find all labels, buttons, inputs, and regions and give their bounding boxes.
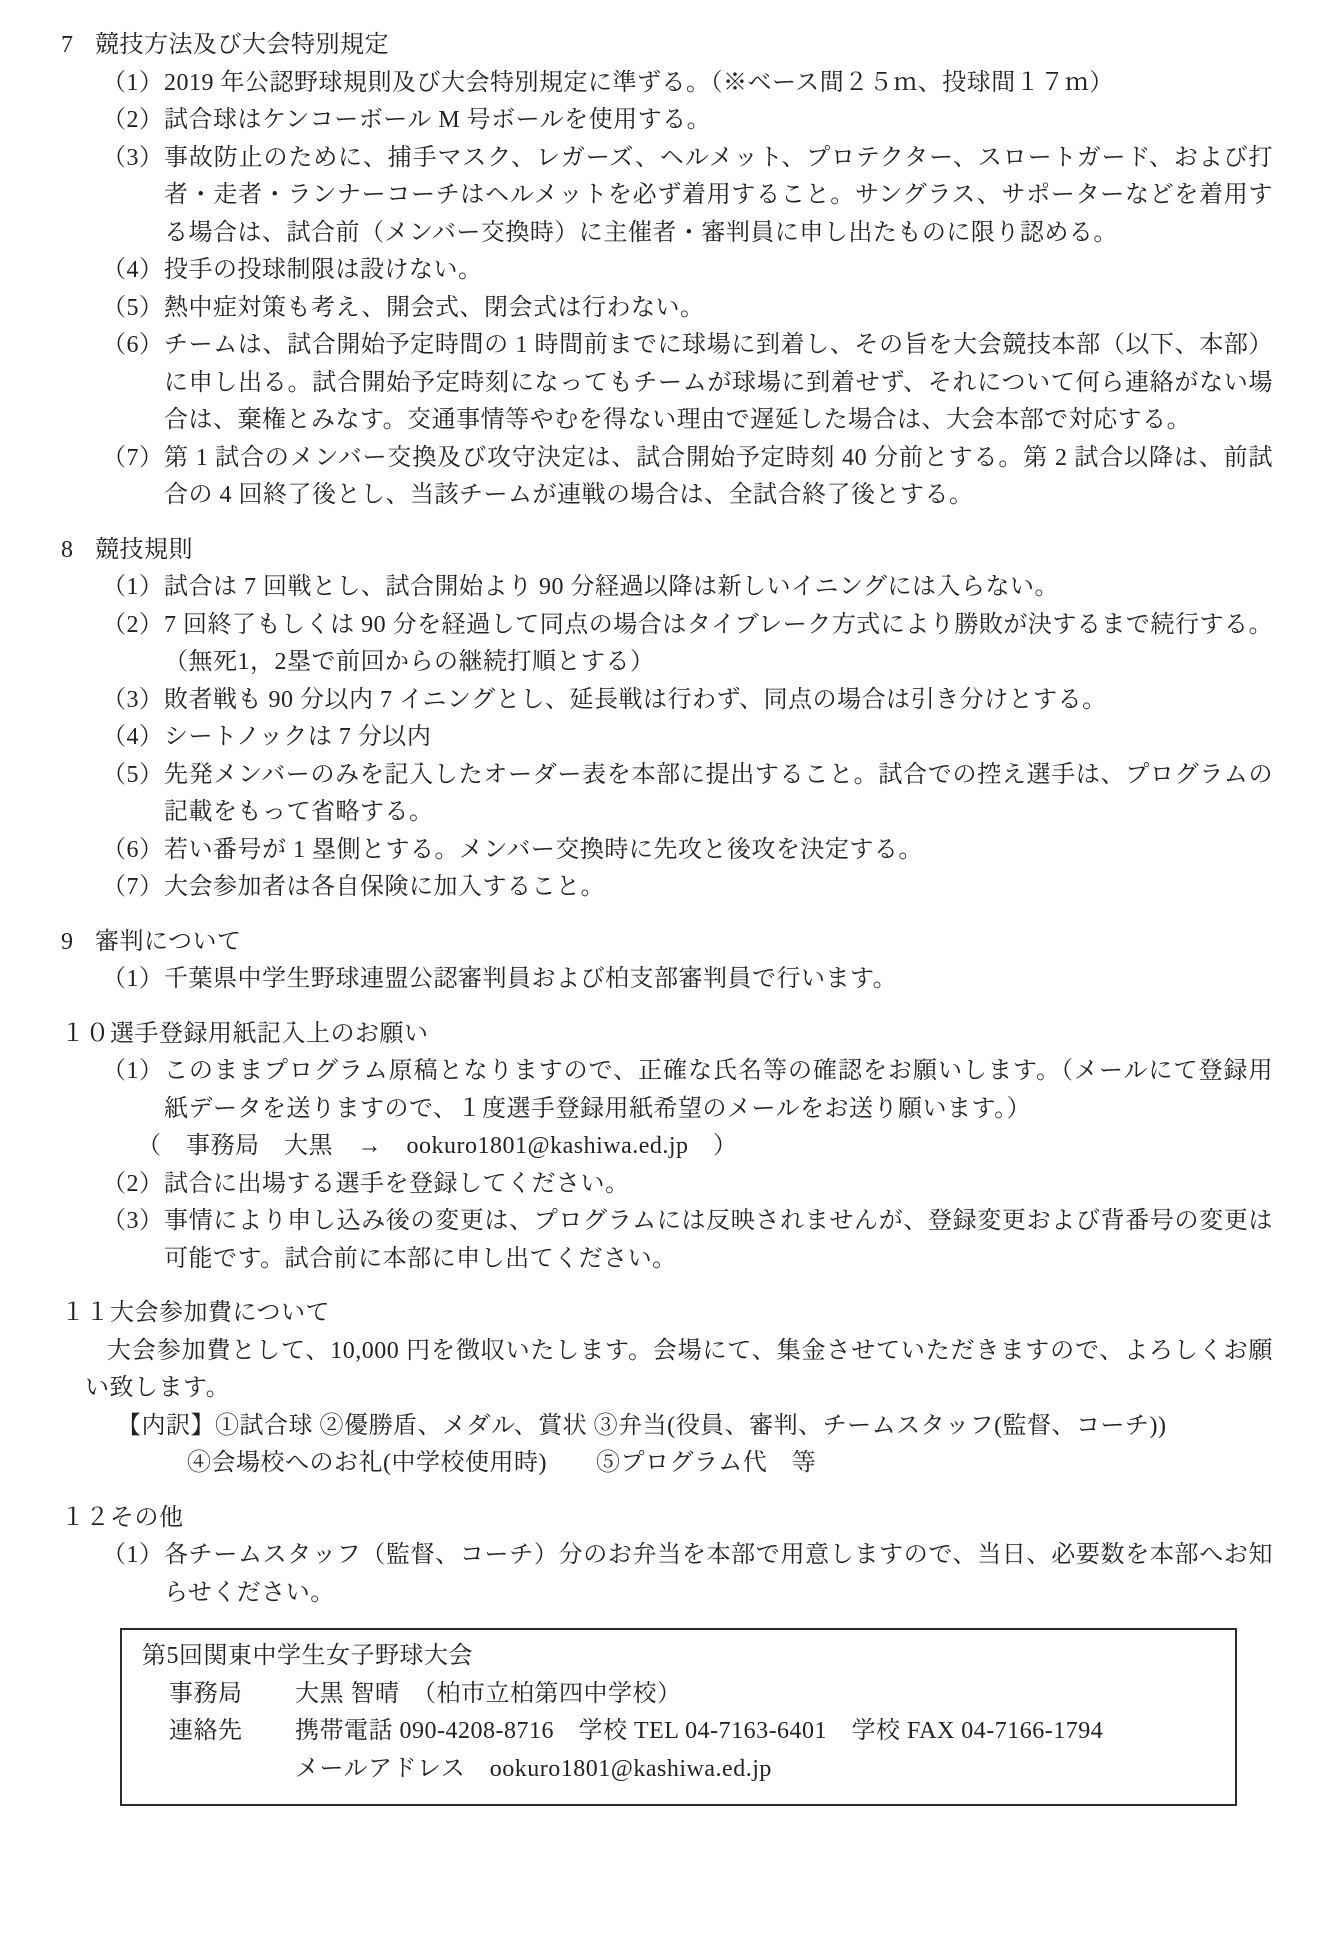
- item-marker: （7）: [102, 440, 164, 478]
- item-text: 事故防止のために、捕手マスク、レガーズ、ヘルメット、プロテクター、スロートガード…: [164, 140, 1273, 253]
- item-marker: （3）: [102, 140, 164, 178]
- sections-container: 7競技方法及び大会特別規定（1）2019 年公認野球規則及び大会特別規定に準ずる…: [58, 27, 1273, 1612]
- item-text: 7 回終了もしくは 90 分を経過して同点の場合はタイブレーク方式により勝敗が決…: [164, 607, 1273, 682]
- item-text: 先発メンバーのみを記入したオーダー表を本部に提出すること。試合での控え選手は、プ…: [164, 757, 1273, 832]
- item-marker: （1）: [102, 1053, 164, 1091]
- footer-row-value: メールアドレス ookuro1801@kashiwa.ed.jp: [295, 1751, 1213, 1789]
- footer-box: 第5回関東中学生女子野球大会 事務局大黒 智晴 （柏市立柏第四中学校）連絡先携帯…: [120, 1628, 1237, 1806]
- list-item: （4）シートノックは 7 分以内: [58, 719, 1273, 757]
- item-marker: （5）: [102, 290, 164, 328]
- item-marker: （1）: [102, 1537, 164, 1575]
- section-number: 8: [61, 532, 95, 570]
- item-text: 千葉県中学生野球連盟公認審判員および柏支部審判員で行います。: [164, 961, 1273, 999]
- list-item: （1）各チームスタッフ（監督、コーチ）分のお弁当を本部で用意しますので、当日、必…: [58, 1537, 1273, 1612]
- item-marker: （2）: [102, 607, 164, 645]
- item-marker: （5）: [102, 757, 164, 795]
- list-item: （5）熱中症対策も考え、開会式、閉会式は行わない。: [58, 290, 1273, 328]
- item-marker: （3）: [102, 682, 164, 720]
- item-marker: （1）: [102, 569, 164, 607]
- section-header: 9審判について: [58, 924, 1273, 962]
- list-item: （3）事情により申し込み後の変更は、プログラムには反映されませんが、登録変更およ…: [58, 1203, 1273, 1278]
- paragraph: 大会参加費として、10,000 円を徴収いたします。会場にて、集金させていただき…: [85, 1333, 1273, 1408]
- footer-box-title: 第5回関東中学生女子野球大会: [142, 1638, 1213, 1676]
- list-item: （1）このままプログラム原稿となりますので、正確な氏名等の確認をお願いします。（…: [58, 1053, 1273, 1128]
- list-item: （4）投手の投球制限は設けない。: [58, 252, 1273, 290]
- list-item: （2）7 回終了もしくは 90 分を経過して同点の場合はタイブレーク方式により勝…: [58, 607, 1273, 682]
- footer-row-label: 連絡先: [169, 1713, 295, 1751]
- section-title: 選手登録用紙記入上のお願い: [110, 1016, 1273, 1054]
- list-item: （1）試合は 7 回戦とし、試合開始より 90 分経過以降は新しいイニングには入…: [58, 569, 1273, 607]
- section-number: 7: [61, 27, 95, 65]
- section: 8競技規則（1）試合は 7 回戦とし、試合開始より 90 分経過以降は新しいイニ…: [58, 532, 1273, 907]
- list-item: （3）事故防止のために、捕手マスク、レガーズ、ヘルメット、プロテクター、スロート…: [58, 140, 1273, 253]
- footer-box-rows: 事務局大黒 智晴 （柏市立柏第四中学校）連絡先携帯電話 090-4208-871…: [142, 1676, 1213, 1789]
- item-marker: （6）: [102, 327, 164, 365]
- list-item: （7）大会参加者は各自保険に加入すること。: [58, 869, 1273, 907]
- list-item: （1）千葉県中学生野球連盟公認審判員および柏支部審判員で行います。: [58, 961, 1273, 999]
- item-marker: （3）: [102, 1203, 164, 1241]
- section-title: 審判について: [95, 924, 1273, 962]
- section: １２その他（1）各チームスタッフ（監督、コーチ）分のお弁当を本部で用意しますので…: [58, 1500, 1273, 1613]
- section: 9審判について（1）千葉県中学生野球連盟公認審判員および柏支部審判員で行います。: [58, 924, 1273, 999]
- item-text: 第 1 試合のメンバー交換及び攻守決定は、試合開始予定時刻 40 分前とする。第…: [164, 440, 1273, 515]
- footer-box-row: メールアドレス ookuro1801@kashiwa.ed.jp: [142, 1751, 1213, 1789]
- footer-box-row: 連絡先携帯電話 090-4208-8716 学校 TEL 04-7163-640…: [142, 1713, 1213, 1751]
- item-text: 事情により申し込み後の変更は、プログラムには反映されませんが、登録変更および背番…: [164, 1203, 1273, 1278]
- item-marker: （1）: [102, 961, 164, 999]
- item-text: 敗者戦も 90 分以内 7 イニングとし、延長戦は行わず、同点の場合は引き分けと…: [164, 682, 1273, 720]
- item-text: 試合は 7 回戦とし、試合開始より 90 分経過以降は新しいイニングには入らない…: [164, 569, 1273, 607]
- section-header: 7競技方法及び大会特別規定: [58, 27, 1273, 65]
- item-marker: （4）: [102, 252, 164, 290]
- list-item: （3）敗者戦も 90 分以内 7 イニングとし、延長戦は行わず、同点の場合は引き…: [58, 682, 1273, 720]
- item-marker: （4）: [102, 719, 164, 757]
- item-text: 熱中症対策も考え、開会式、閉会式は行わない。: [164, 290, 1273, 328]
- item-text: 試合に出場する選手を登録してください。: [164, 1166, 1273, 1204]
- footer-row-value: 大黒 智晴 （柏市立柏第四中学校）: [295, 1676, 1213, 1714]
- list-item: （6）若い番号が 1 塁側とする。メンバー交換時に先攻と後攻を決定する。: [58, 832, 1273, 870]
- section-number: 9: [61, 924, 95, 962]
- footer-row-value: 携帯電話 090-4208-8716 学校 TEL 04-7163-6401 学…: [295, 1713, 1213, 1751]
- footer-row-label: 事務局: [169, 1676, 295, 1714]
- section-header: １１大会参加費について: [58, 1295, 1273, 1333]
- footer-box-row: 事務局大黒 智晴 （柏市立柏第四中学校）: [142, 1676, 1213, 1714]
- list-item: （2）試合球はケンコーボール M 号ボールを使用する。: [58, 102, 1273, 140]
- list-item: （5）先発メンバーのみを記入したオーダー表を本部に提出すること。試合での控え選手…: [58, 757, 1273, 832]
- section: １１大会参加費について大会参加費として、10,000 円を徴収いたします。会場に…: [58, 1295, 1273, 1483]
- list-item: （1）2019 年公認野球規則及び大会特別規定に準ずる。（※ベース間２５ｍ、投球…: [58, 65, 1273, 103]
- list-item: （6）チームは、試合開始予定時間の 1 時間前までに球場に到着し、その旨を大会競…: [58, 327, 1273, 440]
- section-title: 競技方法及び大会特別規定: [95, 27, 1273, 65]
- section: １０選手登録用紙記入上のお願い（1）このままプログラム原稿となりますので、正確な…: [58, 1016, 1273, 1279]
- list-item: （7）第 1 試合のメンバー交換及び攻守決定は、試合開始予定時刻 40 分前とす…: [58, 440, 1273, 515]
- item-marker: （2）: [102, 102, 164, 140]
- section-header: １２その他: [58, 1500, 1273, 1538]
- item-text: 2019 年公認野球規則及び大会特別規定に準ずる。（※ベース間２５ｍ、投球間１７…: [164, 65, 1273, 103]
- paragraph: 【内訳】①試合球 ②優勝盾、メダル、賞状 ③弁当(役員、審判、チームスタッフ(監…: [117, 1408, 1273, 1446]
- item-text: 大会参加者は各自保険に加入すること。: [164, 869, 1273, 907]
- item-marker: （1）: [102, 65, 164, 103]
- item-marker: （7）: [102, 869, 164, 907]
- item-marker: （6）: [102, 832, 164, 870]
- paragraph: ④会場校へのお礼(中学校使用時) ⑤プログラム代 等: [187, 1445, 1273, 1483]
- section-number: １１: [61, 1295, 110, 1333]
- section-title: 大会参加費について: [110, 1295, 1273, 1333]
- section-title: その他: [110, 1500, 1273, 1538]
- item-text: チームは、試合開始予定時間の 1 時間前までに球場に到着し、その旨を大会競技本部…: [164, 327, 1273, 440]
- section-number: １０: [61, 1016, 110, 1054]
- section: 7競技方法及び大会特別規定（1）2019 年公認野球規則及び大会特別規定に準ずる…: [58, 27, 1273, 515]
- section-number: １２: [61, 1500, 110, 1538]
- item-text: このままプログラム原稿となりますので、正確な氏名等の確認をお願いします。（メール…: [164, 1053, 1273, 1128]
- section-header: １０選手登録用紙記入上のお願い: [58, 1016, 1273, 1054]
- item-text: シートノックは 7 分以内: [164, 719, 1273, 757]
- item-text: 投手の投球制限は設けない。: [164, 252, 1273, 290]
- document-page: 7競技方法及び大会特別規定（1）2019 年公認野球規則及び大会特別規定に準ずる…: [0, 0, 1319, 1936]
- list-item: （2）試合に出場する選手を登録してください。: [58, 1166, 1273, 1204]
- item-text: 若い番号が 1 塁側とする。メンバー交換時に先攻と後攻を決定する。: [164, 832, 1273, 870]
- item-marker: （2）: [102, 1166, 164, 1204]
- section-header: 8競技規則: [58, 532, 1273, 570]
- contact-line: （ 事務局 大黒 → ookuro1801@kashiwa.ed.jp ）: [137, 1128, 1273, 1166]
- section-title: 競技規則: [95, 532, 1273, 570]
- item-text: 試合球はケンコーボール M 号ボールを使用する。: [164, 102, 1273, 140]
- item-text: 各チームスタッフ（監督、コーチ）分のお弁当を本部で用意しますので、当日、必要数を…: [164, 1537, 1273, 1612]
